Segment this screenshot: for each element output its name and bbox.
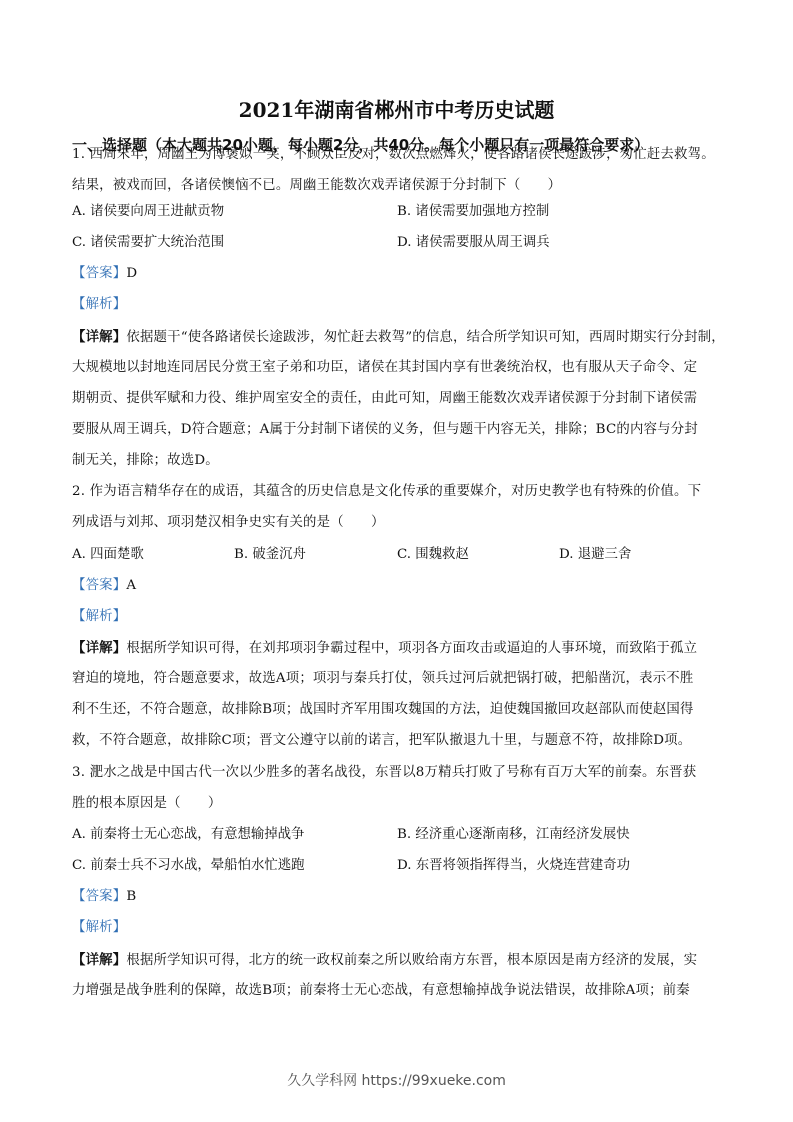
q2-option-c: C. 围魏救赵 <box>397 545 469 565</box>
q1-detail-line-1: 【详解】依据题干“使各路诸侯长途跋涉，匆忙赶去救驾”的信息，结合所学知识可知，西… <box>72 327 725 348</box>
q3-answer: 【答案】B <box>72 887 136 907</box>
q3-option-d: D. 东晋将领指挥得当，火烧连营建奇功 <box>397 856 630 876</box>
q2-option-a: A. 四面楚歌 <box>72 545 144 565</box>
q3-stem-line-1: 3. 淝水之战是中国古代一次以少胜多的著名战役，东晋以8万精兵打败了号称有百万大… <box>72 763 696 783</box>
analysis-label: 【解析】 <box>72 609 126 624</box>
q2-stem-line-1: 2. 作为语言精华存在的成语，其蕴含的历史信息是文化传承的重要媒介，对历史教学也… <box>72 482 701 502</box>
answer-label: 【答案】 <box>72 889 126 904</box>
q1-option-c: C. 诸侯需要扩大统治范围 <box>72 233 224 253</box>
detail-text: 根据所学知识可得，北方的统一政权前秦之所以败给南方东晋，根本原因是南方经济的发展… <box>126 953 697 968</box>
q2-detail-line-1: 【详解】根据所学知识可得，在刘邦项羽争霸过程中，项羽各方面攻击或逼迫的人事环境，… <box>72 638 697 659</box>
q2-option-b: B. 破釜沉舟 <box>234 545 306 565</box>
q1-answer: 【答案】D <box>72 264 137 284</box>
detail-text: 根据所学知识可得，在刘邦项羽争霸过程中，项羽各方面攻击或逼迫的人事环境，而致陷于… <box>126 641 697 656</box>
q3-option-c: C. 前秦士兵不习水战，晕船怕水忙逃跑 <box>72 856 305 876</box>
answer-label: 【答案】 <box>72 266 126 281</box>
q2-stem-line-2: 列成语与刘邦、项羽楚汉相争史实有关的是（ ） <box>72 513 385 533</box>
answer-value: A <box>126 578 136 593</box>
q3-detail-line-2: 力增强是战争胜利的保障，故选B项；前秦将士无心恋战，有意想输掉战争说法错误，故排… <box>72 981 690 1001</box>
q3-analysis-label: 【解析】 <box>72 918 126 938</box>
q3-stem-line-2: 胜的根本原因是（ ） <box>72 794 222 814</box>
answer-value: B <box>126 889 136 904</box>
q3-option-a: A. 前秦将士无心恋战，有意想输掉战争 <box>72 825 304 845</box>
footer-watermark: 久久学科网 https://99xueke.com <box>0 1071 793 1091</box>
q1-detail-line-5: 制无关，排除；故选D。 <box>72 451 219 471</box>
analysis-label: 【解析】 <box>72 297 126 312</box>
q1-detail-line-3: 期朝贡、提供军赋和力役、维护周室安全的责任，由此可知，周幽王能数次戏弄诸侯源于分… <box>72 389 697 409</box>
q1-detail-line-4: 要服从周王调兵，D符合题意；A属于分封制下诸侯的义务，但与题干内容无关，排除；B… <box>72 420 698 440</box>
q1-option-a: A. 诸侯要向周王进献贡物 <box>72 202 224 222</box>
q2-answer: 【答案】A <box>72 576 136 596</box>
answer-value: D <box>126 266 137 281</box>
q1-option-d: D. 诸侯需要服从周王调兵 <box>397 233 550 253</box>
analysis-label: 【解析】 <box>72 920 126 935</box>
answer-label: 【答案】 <box>72 578 126 593</box>
q1-stem-line-1: 1. 西周末年，周幽王为博褒姒一笑，不顾众臣反对，数次点燃烽火，使各路诸侯长途跋… <box>72 145 715 165</box>
q1-option-b: B. 诸侯需要加强地方控制 <box>397 202 549 222</box>
document-page: 2021年湖南省郴州市中考历史试题 一、选择题（本大题共20小题，每小题2分，共… <box>0 0 793 1122</box>
q3-detail-line-1: 【详解】根据所学知识可得，北方的统一政权前秦之所以败给南方东晋，根本原因是南方经… <box>72 950 697 971</box>
q1-analysis-label: 【解析】 <box>72 295 126 315</box>
q2-detail-line-3: 利不生还，不符合题意，故排除B项；战国时齐军用围攻魏国的方法，迫使魏国撤回攻赵部… <box>72 700 694 720</box>
q1-detail-line-2: 大规模地以封地连同居民分赏王室子弟和功臣，诸侯在其封国内享有世袭统治权，也有服从… <box>72 358 697 378</box>
document-title: 2021年湖南省郴州市中考历史试题 <box>0 97 793 123</box>
q3-option-b: B. 经济重心逐渐南移，江南经济发展快 <box>397 825 630 845</box>
detail-text: 依据题干“使各路诸侯长途跋涉，匆忙赶去救驾”的信息，结合所学知识可知，西周时期实… <box>126 330 725 345</box>
q1-stem-line-2: 结果，被戏而回，各诸侯懊恼不已。周幽王能数次戏弄诸侯源于分封制下（ ） <box>72 176 561 196</box>
q2-option-d: D. 退避三舍 <box>559 545 631 565</box>
detail-label: 【详解】 <box>72 952 126 968</box>
q2-analysis-label: 【解析】 <box>72 607 126 627</box>
q2-detail-line-2: 窘迫的境地，符合题意要求，故选A项；项羽与秦兵打仗，领兵过河后就把锅打破，把船凿… <box>72 669 693 689</box>
detail-label: 【详解】 <box>72 329 126 345</box>
detail-label: 【详解】 <box>72 640 126 656</box>
q2-detail-line-4: 救，不符合题意，故排除C项；晋文公遵守以前的诺言，把军队撤退九十里，与题意不符，… <box>72 731 691 751</box>
